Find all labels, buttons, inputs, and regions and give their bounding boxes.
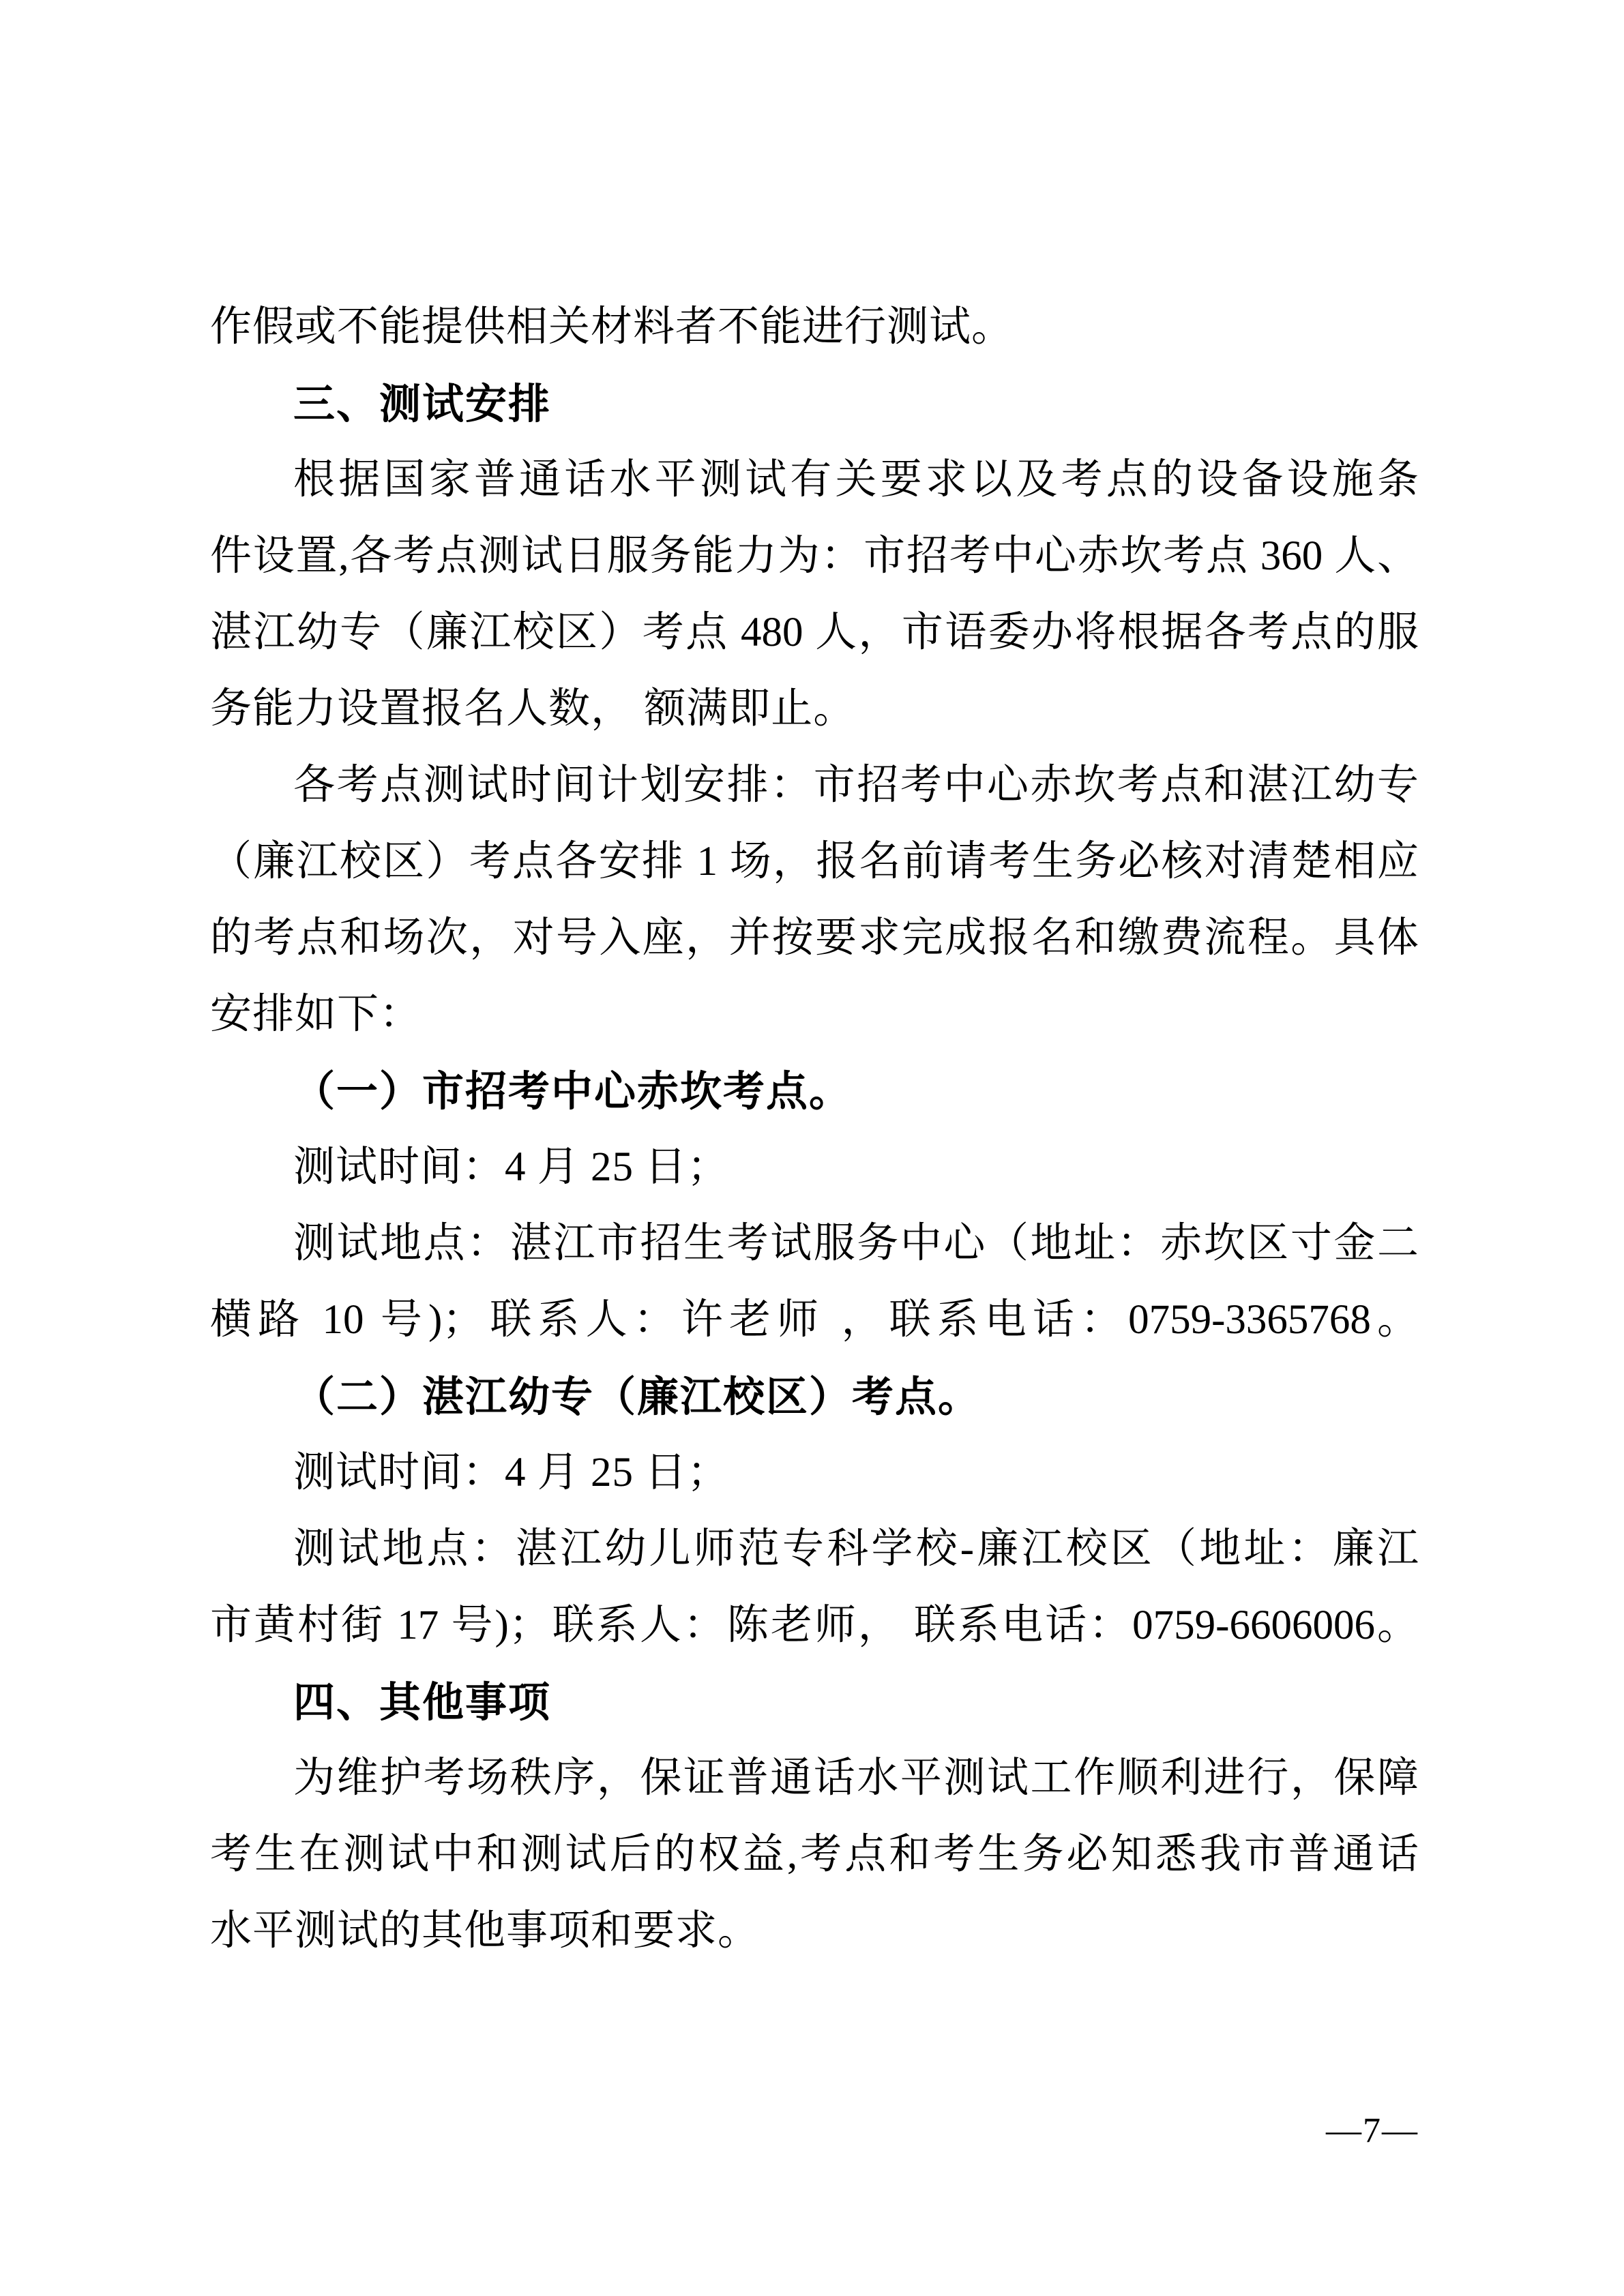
text-line: 测试时间：4 月 25 日； [210, 1129, 1419, 1206]
text-line: 作假或不能提供相关材料者不能进行测试。 [210, 289, 1419, 366]
text-line: 市黄村街 17 号)；联系人：陈老师， 联系电话：0759-6606006。 [210, 1587, 1419, 1664]
text-line: 测试时间：4 月 25 日； [210, 1435, 1419, 1511]
document-body: 作假或不能提供相关材料者不能进行测试。三、测试安排根据国家普通话水平测试有关要求… [210, 289, 1419, 1969]
text-line: 根据国家普通话水平测试有关要求以及考点的设备设施条 [210, 442, 1419, 518]
section-heading-line: （一）市招考中心赤坎考点。 [210, 1053, 1419, 1129]
document-page: 作假或不能提供相关材料者不能进行测试。三、测试安排根据国家普通话水平测试有关要求… [0, 0, 1624, 2296]
text-line: 务能力设置报名人数， 额满即止。 [210, 671, 1419, 747]
page-number: —7— [1326, 2110, 1419, 2152]
text-line: 考生在测试中和测试后的权益,考点和考生务必知悉我市普通话 [210, 1817, 1419, 1893]
text-line: 测试地点：湛江市招生考试服务中心（地址：赤坎区寸金二 [210, 1206, 1419, 1282]
section-heading-line: 四、其他事项 [210, 1664, 1419, 1740]
section-heading-line: （二）湛江幼专（廉江校区）考点。 [210, 1358, 1419, 1435]
section-heading-line: 三、测试安排 [210, 366, 1419, 442]
text-line: 的考点和场次，对号入座，并按要求完成报名和缴费流程。具体 [210, 900, 1419, 976]
text-line: （廉江校区）考点各安排 1 场，报名前请考生务必核对清楚相应 [210, 824, 1419, 900]
text-line: 件设置,各考点测试日服务能力为：市招考中心赤坎考点 360 人、 [210, 518, 1419, 595]
text-line: 湛江幼专（廉江校区）考点 480 人，市语委办将根据各考点的服 [210, 595, 1419, 671]
text-line: 为维护考场秩序，保证普通话水平测试工作顺利进行，保障 [210, 1740, 1419, 1817]
text-line: 测试地点：湛江幼儿师范专科学校-廉江校区（地址：廉江 [210, 1511, 1419, 1587]
text-line: 各考点测试时间计划安排：市招考中心赤坎考点和湛江幼专 [210, 747, 1419, 824]
text-line: 安排如下： [210, 976, 1419, 1053]
text-line: 横路 10 号)；联系人：许老师 ，联系电话：0759-3365768。 [210, 1282, 1419, 1358]
text-line: 水平测试的其他事项和要求。 [210, 1893, 1419, 1969]
